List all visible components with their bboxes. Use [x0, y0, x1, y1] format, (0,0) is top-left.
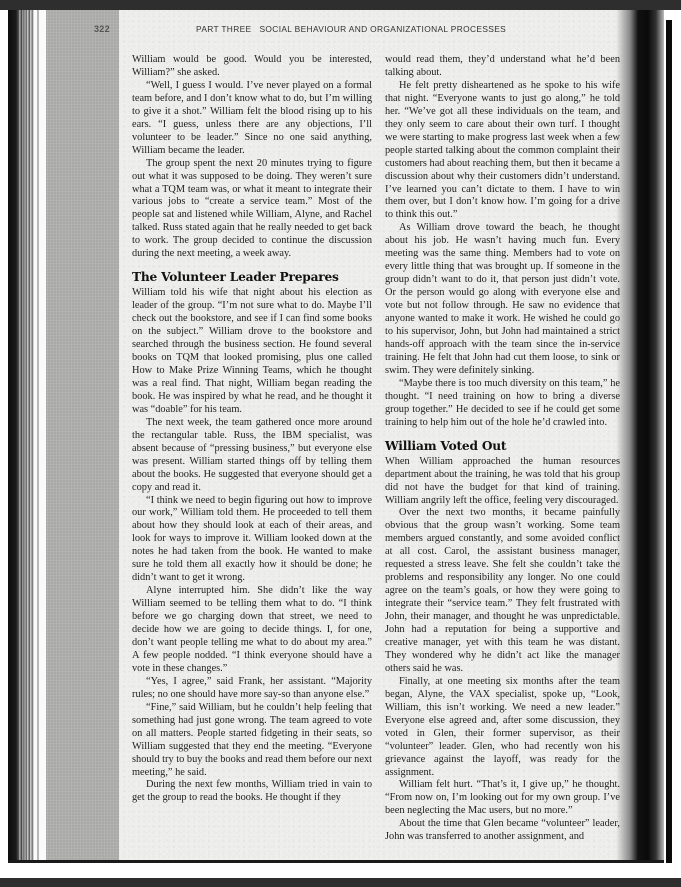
scan-edge-bar — [664, 20, 681, 863]
paragraph: When William approached the human resour… — [385, 456, 620, 508]
paragraph: Finally, at one meeting six months after… — [385, 676, 620, 780]
paragraph: “Well, I guess I would. I’ve never playe… — [132, 80, 372, 158]
paragraph: About the time that Glen became “volunte… — [385, 818, 620, 844]
page-fold-shadow — [616, 10, 664, 863]
running-head: PART THREE SOCIAL BEHAVIOUR AND ORGANIZA… — [196, 24, 506, 34]
left-text-column: William would be good. Would you be inte… — [132, 54, 372, 805]
paragraph: Alyne interrupted him. She didn’t like t… — [132, 585, 372, 676]
paragraph: The next week, the team gathered once mo… — [132, 417, 372, 495]
page-bottom-edge — [8, 860, 664, 863]
page-number: 322 — [94, 24, 110, 34]
paragraph: He felt pretty disheartened as he spoke … — [385, 80, 620, 222]
paragraph: William felt hurt. “That’s it, I give up… — [385, 779, 620, 818]
viewer-top-bar — [0, 0, 681, 10]
viewer-bottom-bar — [0, 878, 681, 887]
paragraph: The group spent the next 20 minutes tryi… — [132, 158, 372, 262]
paragraph: During the next few months, William trie… — [132, 779, 372, 805]
paragraph: “Yes, I agree,” said Frank, her assistan… — [132, 676, 372, 702]
paragraph: As William drove toward the beach, he th… — [385, 222, 620, 377]
section-heading: The Volunteer Leader Prepares — [132, 270, 372, 285]
paragraph: “I think we need to begin figuring out h… — [132, 495, 372, 586]
paragraph: William told his wife that night about h… — [132, 287, 372, 417]
scan-edge-bar-dark — [666, 20, 672, 863]
paragraph: William would be good. Would you be inte… — [132, 54, 372, 80]
section-heading: William Voted Out — [385, 439, 620, 454]
paragraph: Over the next two months, it became pain… — [385, 507, 620, 675]
paragraph: “Fine,” said William, but he couldn’t he… — [132, 702, 372, 780]
page-gutter-margin — [46, 10, 119, 863]
paragraph: “Maybe there is too much diversity on th… — [385, 378, 620, 430]
paragraph: would read them, they’d understand what … — [385, 54, 620, 80]
book-binding-edge — [8, 10, 48, 863]
right-text-column: would read them, they’d understand what … — [385, 54, 620, 844]
scanned-book-page: 322 PART THREE SOCIAL BEHAVIOUR AND ORGA… — [8, 10, 664, 863]
